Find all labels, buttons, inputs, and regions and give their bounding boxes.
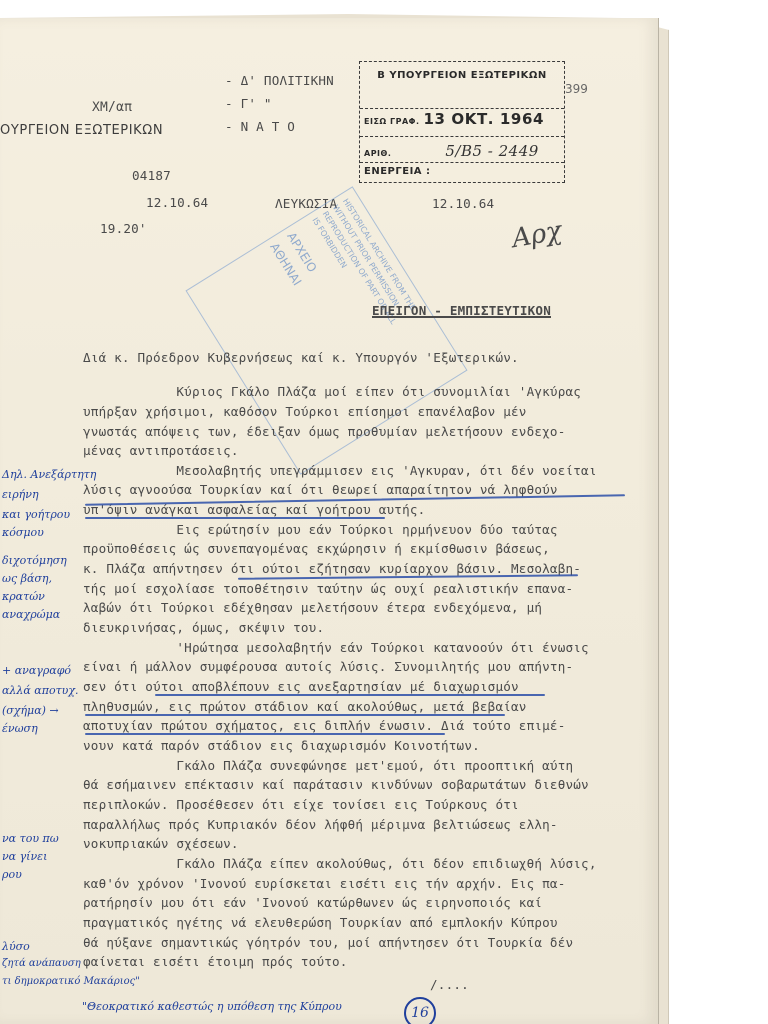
pen-underline <box>85 733 445 735</box>
body-line: θά ηύξανε σημαντικώς γόητρόν του, μοί απ… <box>83 935 573 950</box>
subject-line: ΕΠΕΙΓΟΝ - ΕΜΠΙΣΤΕΥΤΙΚΟΝ <box>372 303 551 318</box>
body-line: πληθυσμών, εις πρώτον στάδιον καί ακολού… <box>83 699 527 714</box>
body-line: διευκρινήσας, όμως, σκέψιν του. <box>83 620 324 635</box>
body-line: προϋποθέσεις ώς συνεπαγομένας εκχώρησιν … <box>83 541 550 556</box>
stamp-date-value: 13 ΟΚΤ. 1964 <box>423 110 544 128</box>
body-line: λαβών ότι Τούρκοι εδέχθησαν μελετήσουν έ… <box>83 600 542 615</box>
pen-underline <box>85 714 505 716</box>
distribution-3: - Ν Α Τ Ο <box>225 119 295 134</box>
body-line: παραλλήλως πρός Κυπριακόν δέον λήφθή μέρ… <box>83 817 558 832</box>
margin-note: ειρήνη <box>2 488 39 501</box>
margin-note: Δηλ. Ανεξάρτητη <box>2 468 96 481</box>
body-line: Κύριος Γκάλο Πλάζα μοί είπεν ότι συνομιλ… <box>83 384 581 399</box>
stamp-title: Β ΥΠΟΥΡΓΕΙΟΝ ΕΞΩΤΕΡΙΚΩΝ <box>364 70 560 81</box>
protocol-number: 04187 <box>132 168 171 183</box>
body-line: καθ'όν χρόνον 'Ινονού ευρίσκεται εισέτι … <box>83 876 566 891</box>
distribution-1: - Δ' ΠΟΛΙΤΙΚΗΝ <box>225 73 334 88</box>
stamp-arith-value: 5/Β5 - 2449 <box>445 142 538 160</box>
body-line: τής μοί εσχολίασε τοποθέτησιν ταύτην ώς … <box>83 581 573 596</box>
body-line: νουν κατά παρόν στάδιον εις διαχωρισμόν … <box>83 738 480 753</box>
margin-note: διχοτόμηση <box>2 554 67 567</box>
margin-note: ρου <box>2 868 22 881</box>
body-line: θά εσήμαινεν επέκτασιν καί παράτασιν κιν… <box>83 777 589 792</box>
body-line: 'Ηρώτησα μεσολαβητήν εάν Τούρκοι κατανοο… <box>83 640 589 655</box>
margin-note: + αναγραφό <box>2 664 71 677</box>
margin-note: τι δημοκρατικό Μακάριος" <box>2 976 140 987</box>
continuation-mark: /.... <box>430 977 469 992</box>
page-number-circled: 16 <box>404 997 436 1024</box>
pen-underline <box>85 517 385 519</box>
margin-note: κόσμου <box>2 526 44 539</box>
stamp-energeia-label: ΕΝΕΡΓΕΙΑ : <box>364 166 560 177</box>
body-line: Εις ερώτησίν μου εάν Τούρκοι ηρμήνευον δ… <box>83 522 558 537</box>
margin-note: να του πω <box>2 832 59 845</box>
body-line: κ. Πλάζα απήντησεν ότι ούτοι εζήτησαν κυ… <box>83 561 581 576</box>
stamp-date-label: ΕΙΣΩ ΓΡΑΦ. <box>364 117 419 126</box>
margin-note: κρατών <box>2 590 45 603</box>
margin-note: λύσο <box>2 940 30 953</box>
body-line: φαίνεται εισέτι έτοιμη πρός τούτο. <box>83 954 348 969</box>
body-line: είναι ή μάλλον συμφέρουσα αυτοίς λύσις. … <box>83 659 573 674</box>
margin-note: να γίνει <box>2 850 47 863</box>
body-line: σεν ότι ούτοι αποβλέπουν εις ανεξαρτησία… <box>83 679 519 694</box>
sent-time: 19.20' <box>100 221 147 236</box>
body-line: Γκάλο Πλάζα είπεν ακολούθως, ότι δέον επ… <box>83 856 597 871</box>
origin-date: 12.10.64 <box>432 196 494 211</box>
margin-note: και γοήτρου <box>2 508 70 521</box>
margin-note: ένωση <box>2 722 38 735</box>
body-line: πραγματικός ηγέτης νά ελευθερώση Τουρκία… <box>83 915 558 930</box>
stamp-arith-label: ΑΡΙΘ. <box>364 149 391 158</box>
body-line: Γκάλο Πλάζα συνεφώνησε μετ'εμού, ότι προ… <box>83 758 573 773</box>
body-line: περιπλοκών. Προσέθεσεν ότι είχε τονίσει … <box>83 797 519 812</box>
body-line: νοκυπριακών σχέσεων. <box>83 836 239 851</box>
ministry-label: ΟΥΡΓΕΙΟΝ ΕΞΩΤΕΡΙΚΩΝ <box>0 123 163 138</box>
margin-note: αναχρώμα <box>2 608 60 621</box>
body-line: Μεσολαβητής υπεγράμμισεν εις 'Αγκυραν, ό… <box>83 463 597 478</box>
footer-handwritten-note: "Θεοκρατικό καθεστώς η υπόθεση της Κύπρο… <box>82 1000 342 1013</box>
margin-note: (σχήμα) → <box>2 704 59 717</box>
margin-note: αλλά αποτυχ. <box>2 684 79 697</box>
office-code: ΧΜ/απ <box>92 100 132 115</box>
body-line: λύσις αγνοούσα Τουρκίαν καί ότι θεωρεί α… <box>83 482 558 497</box>
body-line: αποτυχίαν πρώτου σχήματος, εις διπλήν έν… <box>83 718 566 733</box>
body-line: γνωστάς απόψεις των, έδειξαν όμως προθυμ… <box>83 424 566 439</box>
stamp-serial-number: 399 <box>565 82 588 96</box>
pen-underline <box>155 694 545 696</box>
body-line: μένας αντιπροτάσεις. <box>83 443 239 458</box>
margin-note: ζητά ανάπαυση <box>2 958 81 969</box>
body-line: ρατήρησίν μου ότι εάν 'Ινονού κατώρθωνεν… <box>83 895 542 910</box>
sent-date: 12.10.64 <box>146 195 208 210</box>
body-line: υπήρξαν χρήσιμοι, καθόσον Τούρκοι επίσημ… <box>83 404 527 419</box>
distribution-2: - Γ' " <box>225 96 272 111</box>
receipt-stamp: Β ΥΠΟΥΡΓΕΙΟΝ ΕΞΩΤΕΡΙΚΩΝ ΕΙΣΩ ΓΡΑΦ. 13 ΟΚ… <box>359 61 565 183</box>
margin-note: ως βάση, <box>2 572 52 585</box>
addressee: Διά κ. Πρόεδρον Κυβερνήσεως καί κ. Υπουρ… <box>83 350 519 365</box>
